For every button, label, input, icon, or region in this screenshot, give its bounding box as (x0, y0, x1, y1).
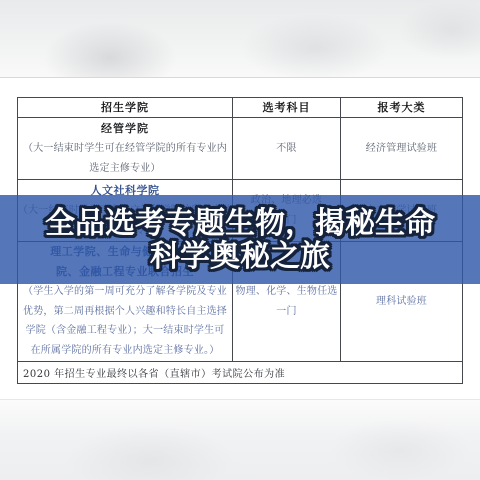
letterbox-bottom-blur (0, 399, 480, 480)
subjects-value: 一门 (276, 302, 296, 322)
title-overlay-band: 全品选考专题生物，揭秘生命 科学奥秘之旅 (0, 195, 480, 284)
college-detail-line: 选定主修专业） (89, 159, 160, 179)
header-category-label: 报考大类 (378, 98, 426, 117)
header-cell-category: 报考大类 (341, 98, 462, 117)
subjects-cell-economics: 不限 (233, 118, 341, 179)
table-footer-note: 2020 年招生专业最终以各省（直辖市）考试院公布为准 (18, 362, 462, 383)
overlay-title-line-2: 科学奥秘之旅 (150, 240, 330, 273)
college-cell-economics: 经管学院 （大一结束时学生可在经管学院的所有专业内 选定主修专业） (18, 118, 233, 179)
header-cell-subjects: 选考科目 (233, 98, 341, 117)
college-detail-line: 优势，第二周再根据个人兴趣和特长自主选择 (23, 302, 227, 322)
overlay-title-line-1: 全品选考专题生物，揭秘生命 (45, 207, 435, 240)
header-college-label: 招生学院 (101, 98, 149, 117)
letterbox-top-blur (0, 0, 480, 78)
college-name: 经管学院 (101, 119, 149, 139)
header-subjects-label: 选考科目 (263, 98, 311, 117)
header-cell-college: 招生学院 (18, 98, 233, 117)
subjects-value: 不限 (276, 139, 296, 159)
table-header-row: 招生学院 选考科目 报考大类 (18, 98, 462, 118)
footer-note-text: 2020 年招生专业最终以各省（直辖市）考试院公布为准 (23, 365, 285, 380)
category-value: 经济管理试验班 (366, 139, 437, 159)
college-detail-line: 学院（含金融工程专业）；大一结束时学生可 (26, 321, 225, 341)
college-detail-line: （大一结束时学生可在经管学院的所有专业内 (23, 139, 227, 159)
category-value: 理科试验班 (376, 292, 427, 312)
subjects-value: 物理、化学、生物任选 (236, 282, 338, 302)
college-detail-line: （学生入学的第一周可充分了解各学院及专业 (23, 282, 227, 302)
table-row-economics: 经管学院 （大一结束时学生可在经管学院的所有专业内 选定主修专业） 不限 经济管… (18, 118, 462, 180)
college-detail-line: 在所属学院的所有专业内选定主修专业。） (31, 341, 220, 361)
category-cell-economics: 经济管理试验班 (341, 118, 462, 179)
